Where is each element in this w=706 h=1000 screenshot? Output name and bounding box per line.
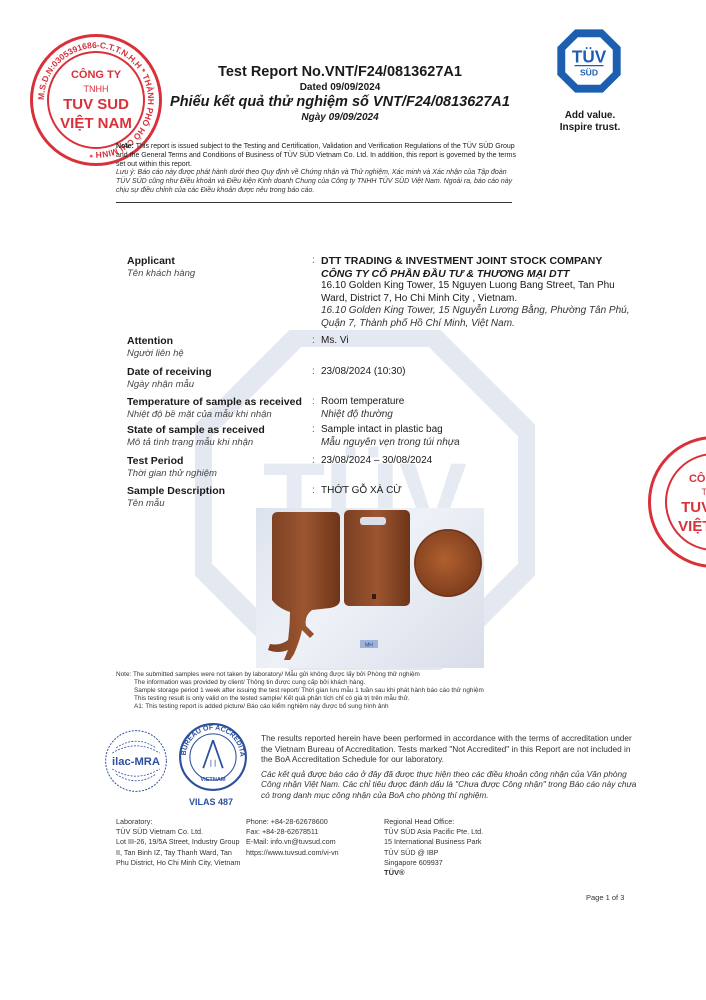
svg-text:TÜV: TÜV	[572, 46, 607, 66]
accreditation-statement: The results reported herein have been pe…	[261, 733, 641, 800]
footer-head-office: Regional Head Office: TÜV SÜD Asia Pacif…	[384, 817, 514, 878]
report-title: Test Report No.VNT/F24/0813627A1	[150, 64, 530, 80]
vilas-number: VILAS 487	[189, 797, 233, 807]
tuv-mark: TÜV®	[384, 868, 514, 878]
sample-photo: MH	[256, 508, 484, 668]
edge-seal-stamp: CÔNG TY TNHH TUV SUD VIỆT NAM	[648, 436, 706, 568]
svg-text:ilac-MRA: ilac-MRA	[112, 756, 160, 768]
report-date: Dated 09/09/2024	[150, 82, 530, 93]
sample-notes: Note: The submitted samples were not tak…	[116, 671, 536, 711]
tuv-sud-logo: TÜV SÜD	[556, 28, 622, 94]
applicant-address: 16.10 Golden King Tower, 15 Nguyen Luong…	[321, 280, 639, 305]
applicant-address-vi: 16.10 Golden King Tower, 15 Nguyễn Lương…	[321, 305, 639, 330]
divider	[116, 202, 512, 203]
intro-note: Note: This report is issued subject to t…	[116, 143, 516, 196]
footer-laboratory: Laboratory: TÜV SÜD Vietnam Co. Ltd. Lot…	[116, 817, 246, 868]
slogan: Add value. Inspire trust.	[540, 110, 640, 134]
applicant-company-vi: CÔNG TY CỔ PHẦN ĐẦU TƯ & THƯƠNG MẠI DTT	[321, 268, 639, 281]
boa-accreditation-logo: BUREAU OF ACCREDITATION VIETNAM	[178, 722, 248, 792]
svg-text:MH: MH	[365, 643, 373, 649]
footer-contact: Phone: +84-28-62678600 Fax: +84-28-62678…	[246, 817, 366, 858]
svg-text:VIETNAM: VIETNAM	[200, 777, 226, 783]
page-number: Page 1 of 3	[586, 893, 624, 902]
svg-text:SÜD: SÜD	[580, 68, 598, 78]
ilac-mra-logo: ilac-MRA	[103, 728, 169, 794]
website-link[interactable]: https://www.tuvsud.com/vi-vn	[246, 848, 366, 858]
report-date-vi: Ngày 09/09/2024	[150, 112, 530, 123]
applicant-company: DTT TRADING & INVESTMENT JOINT STOCK COM…	[321, 255, 639, 268]
report-title-vi: Phiếu kết quả thử nghiệm số VNT/F24/0813…	[140, 94, 540, 110]
